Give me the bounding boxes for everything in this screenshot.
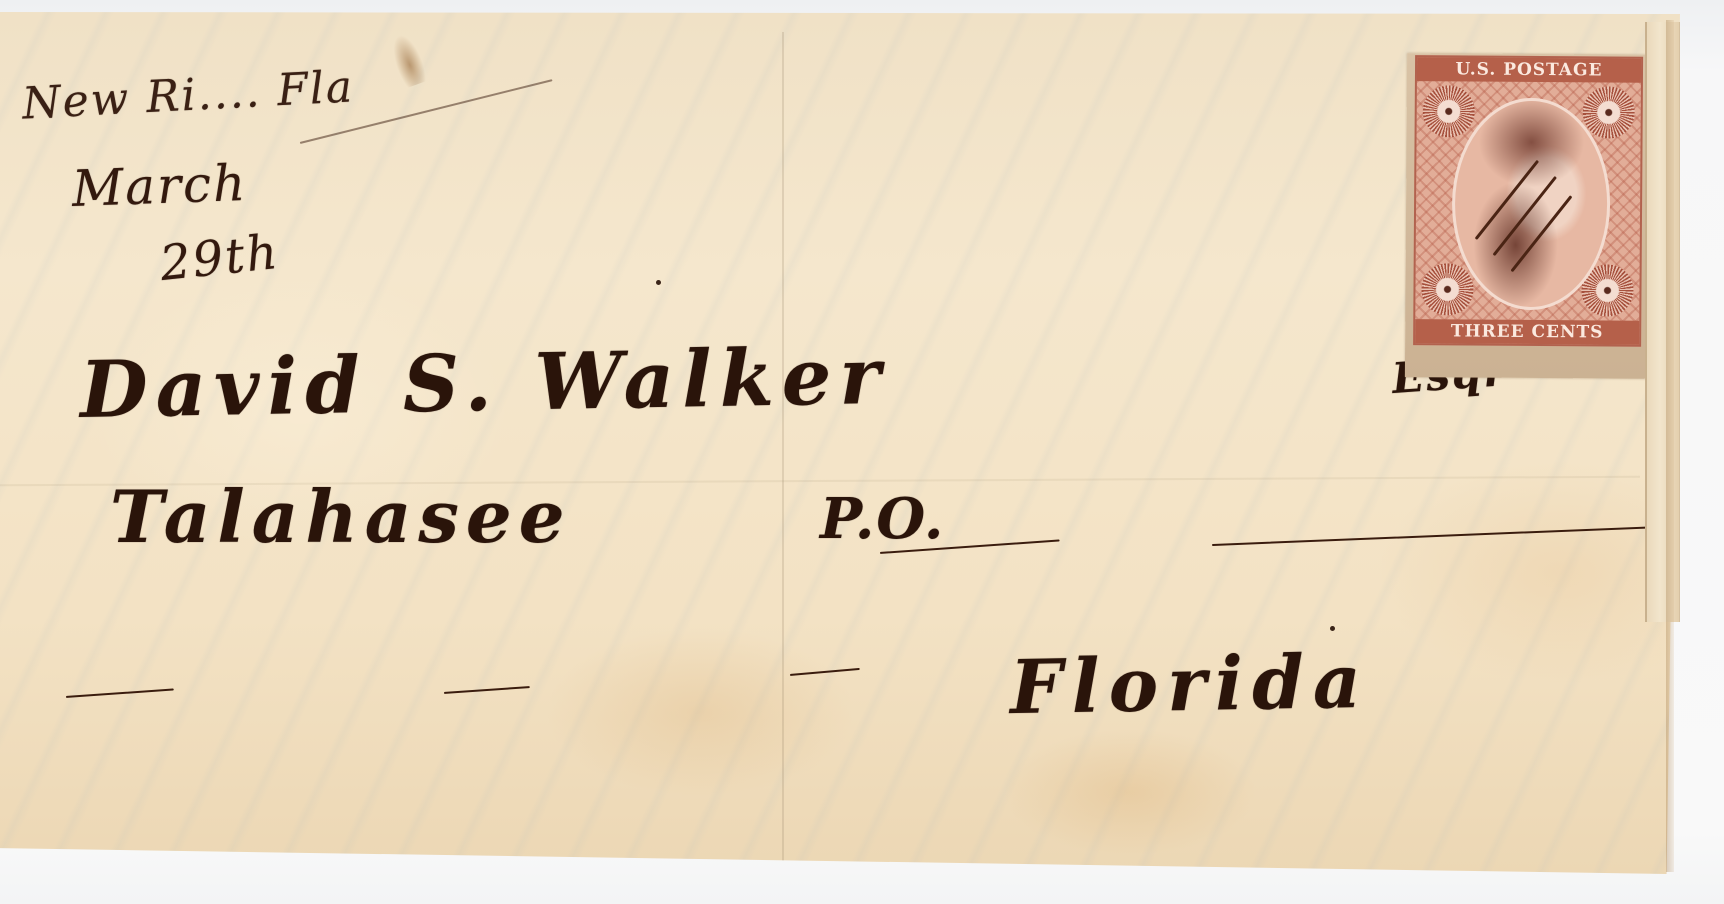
photo-stage: New Ri.... Fla March 29th David S. Walke… <box>0 0 1724 904</box>
rosette-icon <box>1583 86 1635 138</box>
stamp-bottom-inscription: THREE CENTS <box>1415 319 1639 345</box>
address-rule-line <box>1212 526 1672 546</box>
stamp-engraving: U.S. POSTAGE THREE CENTS <box>1413 55 1643 347</box>
rosette-icon <box>1423 85 1475 137</box>
addressee-name: David S. Walker <box>79 331 889 436</box>
dash-mark <box>790 668 860 676</box>
dash-mark <box>66 688 174 698</box>
folded-flap <box>1645 22 1680 622</box>
vertical-fold-line <box>782 32 784 862</box>
origin-notation: New Ri.... Fla <box>21 61 355 129</box>
date-month: March <box>71 154 248 218</box>
rosette-icon <box>1421 263 1473 315</box>
ink-speck <box>656 280 661 285</box>
address-state: Florida <box>1009 639 1370 731</box>
dash-mark <box>444 686 530 694</box>
ink-speck <box>1330 626 1335 631</box>
address-city: Talahasee <box>110 474 572 559</box>
ink-stain <box>387 31 429 89</box>
letter-cover: New Ri.... Fla March 29th David S. Walke… <box>0 12 1680 874</box>
cover-right-edge <box>1666 20 1674 872</box>
stamp-top-inscription: U.S. POSTAGE <box>1417 57 1641 83</box>
date-day: 29th <box>157 224 281 292</box>
post-office-abbrev: P.O. <box>820 486 945 552</box>
postage-stamp: U.S. POSTAGE THREE CENTS <box>1405 53 1669 379</box>
